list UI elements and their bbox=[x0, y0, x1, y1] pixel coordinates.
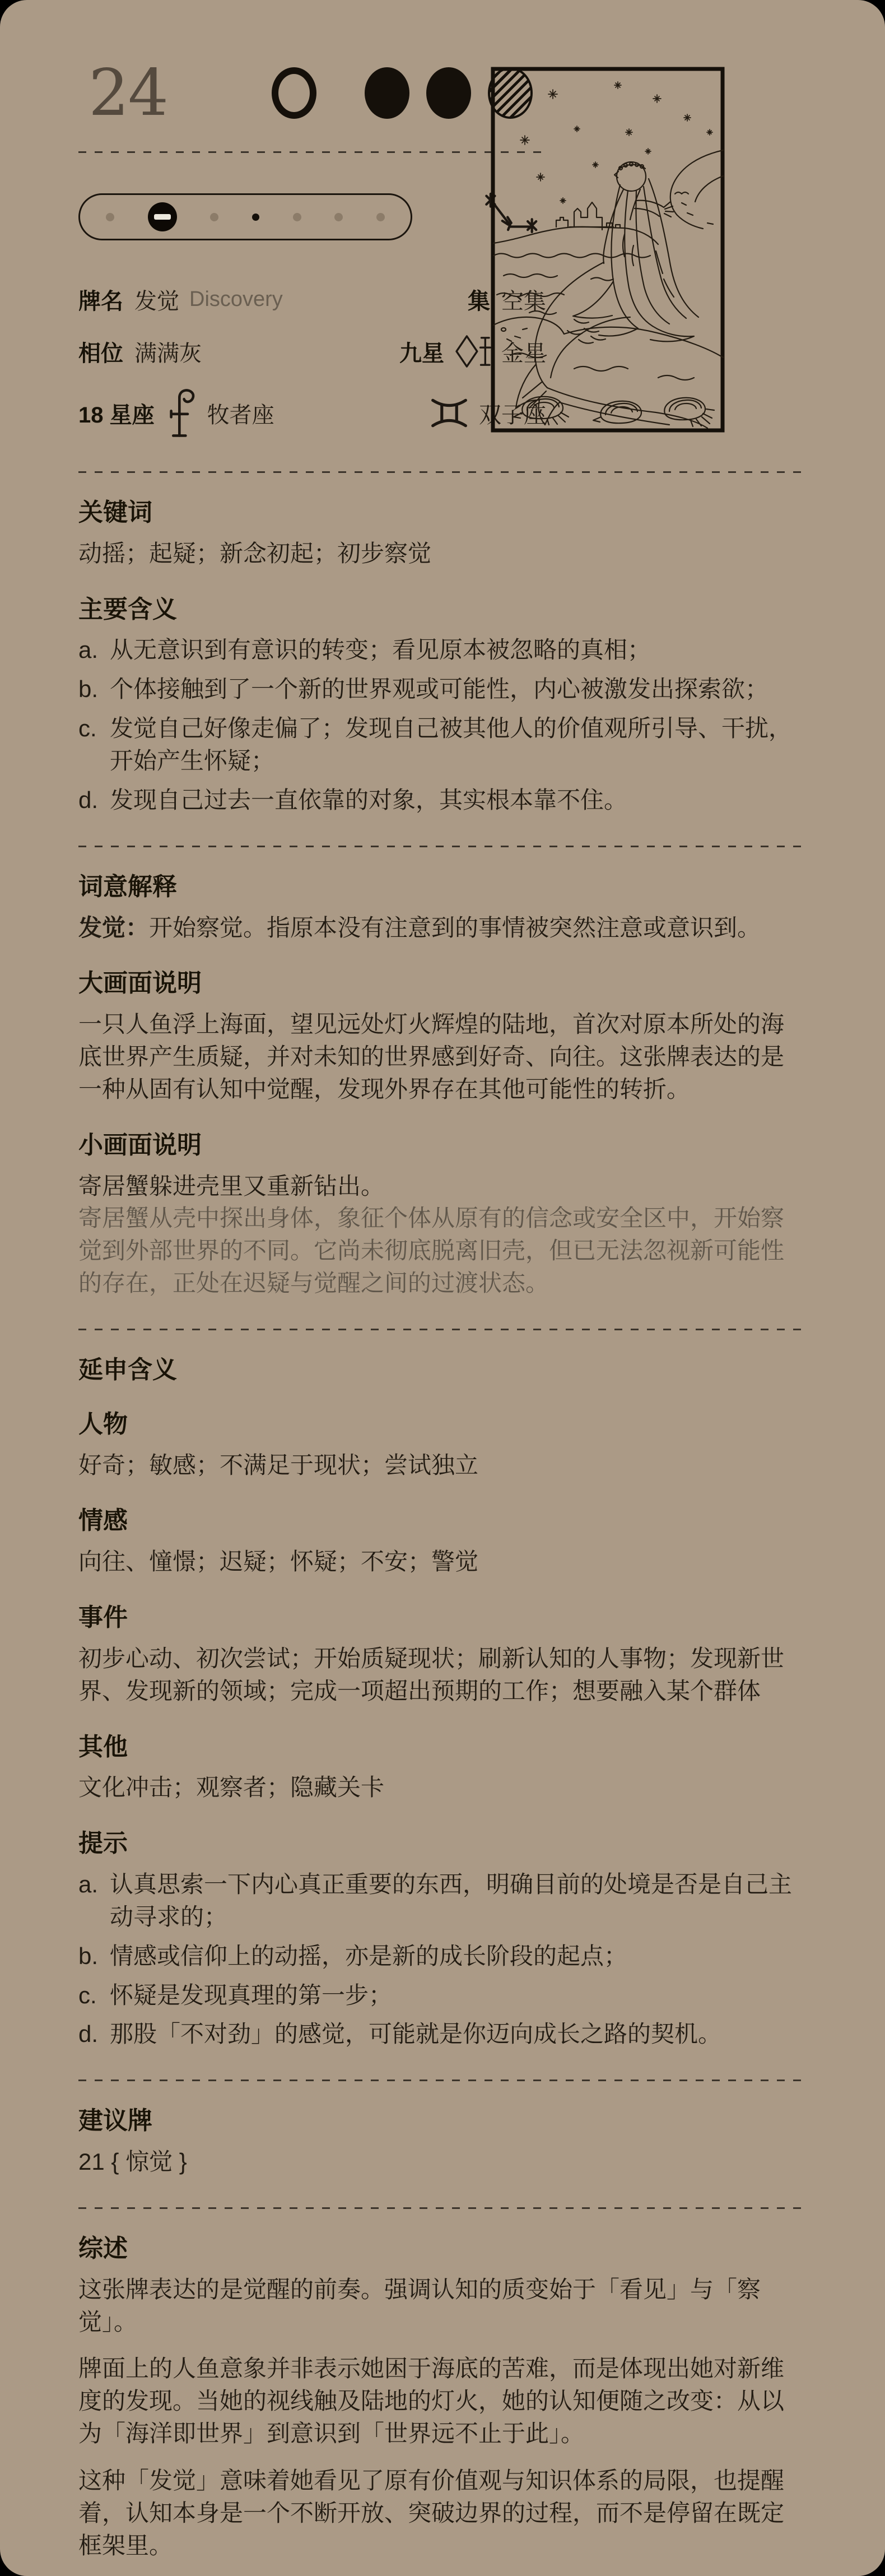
section-title: 大画面说明 bbox=[78, 969, 807, 998]
term-definition: 开始察觉。指原本没有注意到的事情被突然注意或意识到。 bbox=[149, 915, 761, 941]
divider bbox=[78, 2080, 807, 2081]
progress-pill[interactable] bbox=[78, 193, 412, 240]
list-item: b.情感或信仰上的动摇，亦是新的成长阶段的起点； bbox=[78, 1940, 807, 1972]
progress-dot[interactable] bbox=[334, 213, 343, 221]
summary-paragraph: 这种「发觉」意味着她看见了原有价值观与知识体系的局限，也提醒着，认知本身是一个不… bbox=[78, 2464, 807, 2562]
list-marker: b. bbox=[78, 673, 110, 706]
progress-dot[interactable] bbox=[106, 213, 114, 221]
hermit-crab-shells bbox=[514, 397, 714, 426]
field-value: 发觉 bbox=[134, 284, 179, 315]
list-item: c.怀疑是发现真理的第一步； bbox=[78, 1979, 807, 2012]
subsection-text: 文化冲击；观察者；隐藏关卡 bbox=[78, 1771, 807, 1804]
list-item: a.从无意识到有意识的转变；看见原本被忽略的真相； bbox=[78, 634, 807, 666]
stars-icons bbox=[520, 82, 712, 203]
section-main-meaning: 主要含义 a.从无意识到有意识的转变；看见原本被忽略的真相； b.个体接触到了一… bbox=[78, 596, 807, 816]
field-value-en: Discovery bbox=[189, 287, 283, 312]
progress-dot[interactable] bbox=[376, 213, 385, 221]
tarot-card-page: 24 bbox=[0, 0, 885, 2576]
subsection-text: 好奇；敏感；不满足于现状；尝试独立 bbox=[78, 1449, 807, 1482]
divider bbox=[78, 151, 546, 153]
subsection-title: 事件 bbox=[78, 1604, 807, 1632]
list-text: 个体接触到了一个新的世界观或可能性，内心被激发出探索欲； bbox=[110, 673, 807, 706]
section-title: 延申含义 bbox=[78, 1356, 807, 1385]
section-title: 小画面说明 bbox=[78, 1131, 807, 1160]
section-title: 综述 bbox=[78, 2235, 807, 2263]
shoreline-and-castle bbox=[493, 192, 688, 244]
card-body: 关键词 动摇；起疑；新念初起；初步察觉 主要含义 a.从无意识到有意识的转变；看… bbox=[78, 499, 807, 2562]
list-text: 那股「不对劲」的感觉，可能就是你迈向成长之路的契机。 bbox=[110, 2018, 807, 2050]
card-header: 24 bbox=[78, 0, 807, 439]
list-item: b.个体接触到了一个新的世界观或可能性，内心被激发出探索欲； bbox=[78, 673, 807, 706]
section-small-picture: 小画面说明 寄居蟹躲进壳里又重新钻出。 寄居蟹从壳中探出身体，象征个体从原有的信… bbox=[78, 1131, 807, 1299]
field-label: 18 星座 bbox=[78, 397, 155, 429]
list-marker: d. bbox=[78, 2018, 110, 2050]
small-picture-note: 寄居蟹从壳中探出身体，象征个体从原有的信念或安全区中，开始察觉到外部世界的不同。… bbox=[78, 1202, 807, 1299]
list-item: c.发觉自己好像走偏了；发现自己被其他人的价值观所引导、干扰，开始产生怀疑； bbox=[78, 712, 807, 777]
card-illustration bbox=[490, 66, 725, 433]
list-text: 情感或信仰上的动摇，亦是新的成长阶段的起点； bbox=[110, 1940, 807, 1972]
list-text: 发现自己过去一直依靠的对象，其实根本靠不住。 bbox=[110, 784, 807, 816]
subsection-text: 初步心动、初次尝试；开始质疑现状；刷新认知的人事物；发现新世界、发现新的领域；完… bbox=[78, 1642, 807, 1707]
list-text: 从无意识到有意识的转变；看见原本被忽略的真相； bbox=[110, 634, 807, 666]
sea-waves bbox=[493, 254, 650, 315]
section-suggestion: 建议牌 21 { 惊觉 } bbox=[78, 2107, 807, 2178]
section-title: 关键词 bbox=[78, 499, 807, 527]
progress-dot[interactable] bbox=[293, 213, 301, 221]
word-explain-text: 发觉：开始察觉。指原本没有注意到的事情被突然注意或意识到。 bbox=[78, 912, 807, 944]
list-item: d.那股「不对劲」的感觉，可能就是你迈向成长之路的契机。 bbox=[78, 2018, 807, 2050]
progress-dot-filled[interactable] bbox=[252, 213, 259, 221]
section-title: 建议牌 bbox=[78, 2107, 807, 2136]
summary-paragraph: 这张牌表达的是觉醒的前奏。强调认知的质变始于「看见」与「察觉」。 bbox=[78, 2273, 807, 2338]
list-marker: a. bbox=[78, 634, 110, 666]
suggestion-card: 21 { 惊觉 } bbox=[78, 2146, 807, 2178]
divider bbox=[78, 471, 807, 473]
section-tips: 提示 a.认真思索一下内心真正重要的东西，明确目前的处境是否是自己主动寻求的； … bbox=[78, 1830, 807, 2050]
shepherd-staff-icon bbox=[166, 387, 197, 439]
list-marker: d. bbox=[78, 784, 110, 816]
field-row-name: 牌名 发觉 Discovery 集 空集 bbox=[78, 283, 546, 315]
section-summary: 综述 这张牌表达的是觉醒的前奏。强调认知的质变始于「看见」与「察觉」。 牌面上的… bbox=[78, 2235, 807, 2562]
subsection-title: 情感 bbox=[78, 1507, 807, 1535]
mermaid-figure bbox=[516, 162, 707, 428]
list-item: d.发现自己过去一直依靠的对象，其实根本靠不住。 bbox=[78, 784, 807, 816]
list-marker: c. bbox=[78, 1979, 110, 2012]
term: 发觉： bbox=[78, 915, 149, 941]
list-item: a.认真思索一下内心真正重要的东西，明确目前的处境是否是自己主动寻求的； bbox=[78, 1868, 807, 1933]
subsection-title: 其他 bbox=[78, 1733, 807, 1762]
gemini-icon bbox=[430, 393, 469, 433]
list-marker: a. bbox=[78, 1868, 110, 1933]
divider bbox=[78, 2207, 807, 2209]
section-title: 提示 bbox=[78, 1830, 807, 1858]
field-label: 集 bbox=[468, 284, 490, 315]
field-value: 牧者座 bbox=[207, 397, 274, 429]
list-marker: b. bbox=[78, 1940, 110, 1972]
field-row-phase: 相位 满满灰 九星 金星 bbox=[78, 335, 546, 368]
section-keywords: 关键词 动摇；起疑；新念初起；初步察觉 bbox=[78, 499, 807, 570]
section-title: 主要含义 bbox=[78, 596, 807, 624]
section-word-explain: 词意解释 发觉：开始察觉。指原本没有注意到的事情被突然注意或意识到。 bbox=[78, 873, 807, 944]
pip-filled-icon bbox=[426, 67, 471, 119]
diamond-key-icon bbox=[455, 335, 491, 368]
list-marker: c. bbox=[78, 712, 110, 777]
field-label: 相位 bbox=[78, 336, 123, 368]
pip-outline-icon bbox=[272, 67, 316, 119]
card-fields: 牌名 发觉 Discovery 集 空集 相位 满满灰 九星 bbox=[78, 283, 546, 439]
rocks bbox=[493, 150, 723, 380]
field-value: 满满灰 bbox=[134, 336, 202, 368]
subsection-title: 人物 bbox=[78, 1410, 807, 1439]
divider bbox=[78, 1329, 807, 1330]
minus-icon bbox=[154, 214, 171, 220]
list-text: 发觉自己好像走偏了；发现自己被其他人的价值观所引导、干扰，开始产生怀疑； bbox=[110, 712, 807, 777]
small-picture-text: 寄居蟹躲进壳里又重新钻出。 bbox=[78, 1170, 807, 1203]
keywords-text: 动摇；起疑；新念初起；初步察觉 bbox=[78, 537, 807, 570]
field-label: 牌名 bbox=[78, 284, 123, 315]
field-row-zodiac: 18 星座 牧者座 bbox=[78, 387, 546, 439]
card-number: 24 bbox=[88, 66, 167, 120]
divider bbox=[78, 846, 807, 847]
mermaid-illustration bbox=[490, 66, 725, 433]
field-label: 九星 bbox=[399, 336, 444, 368]
progress-dot[interactable] bbox=[210, 213, 218, 221]
subsection-text: 向往、憧憬；迟疑；怀疑；不安；警觉 bbox=[78, 1545, 807, 1578]
pip-filled-icon bbox=[365, 67, 409, 119]
section-big-picture: 大画面说明 一只人鱼浮上海面，望见远处灯火辉煌的陆地，首次对原本所处的海底世界产… bbox=[78, 969, 807, 1105]
progress-dot-current[interactable] bbox=[148, 202, 177, 231]
progress-row bbox=[78, 191, 546, 243]
section-extended: 延申含义 人物 好奇；敏感；不满足于现状；尝试独立 情感 向往、憧憬；迟疑；怀疑… bbox=[78, 1356, 807, 1804]
big-picture-text: 一只人鱼浮上海面，望见远处灯火辉煌的陆地，首次对原本所处的海底世界产生质疑，并对… bbox=[78, 1008, 807, 1106]
summary-paragraph: 牌面上的人鱼意象并非表示她困于海底的苦难，而是体现出她对新维度的发现。当她的视线… bbox=[78, 2352, 807, 2450]
section-title: 词意解释 bbox=[78, 873, 807, 902]
list-text: 怀疑是发现真理的第一步； bbox=[110, 1979, 807, 2012]
list-text: 认真思索一下内心真正重要的东西，明确目前的处境是否是自己主动寻求的； bbox=[110, 1868, 807, 1933]
